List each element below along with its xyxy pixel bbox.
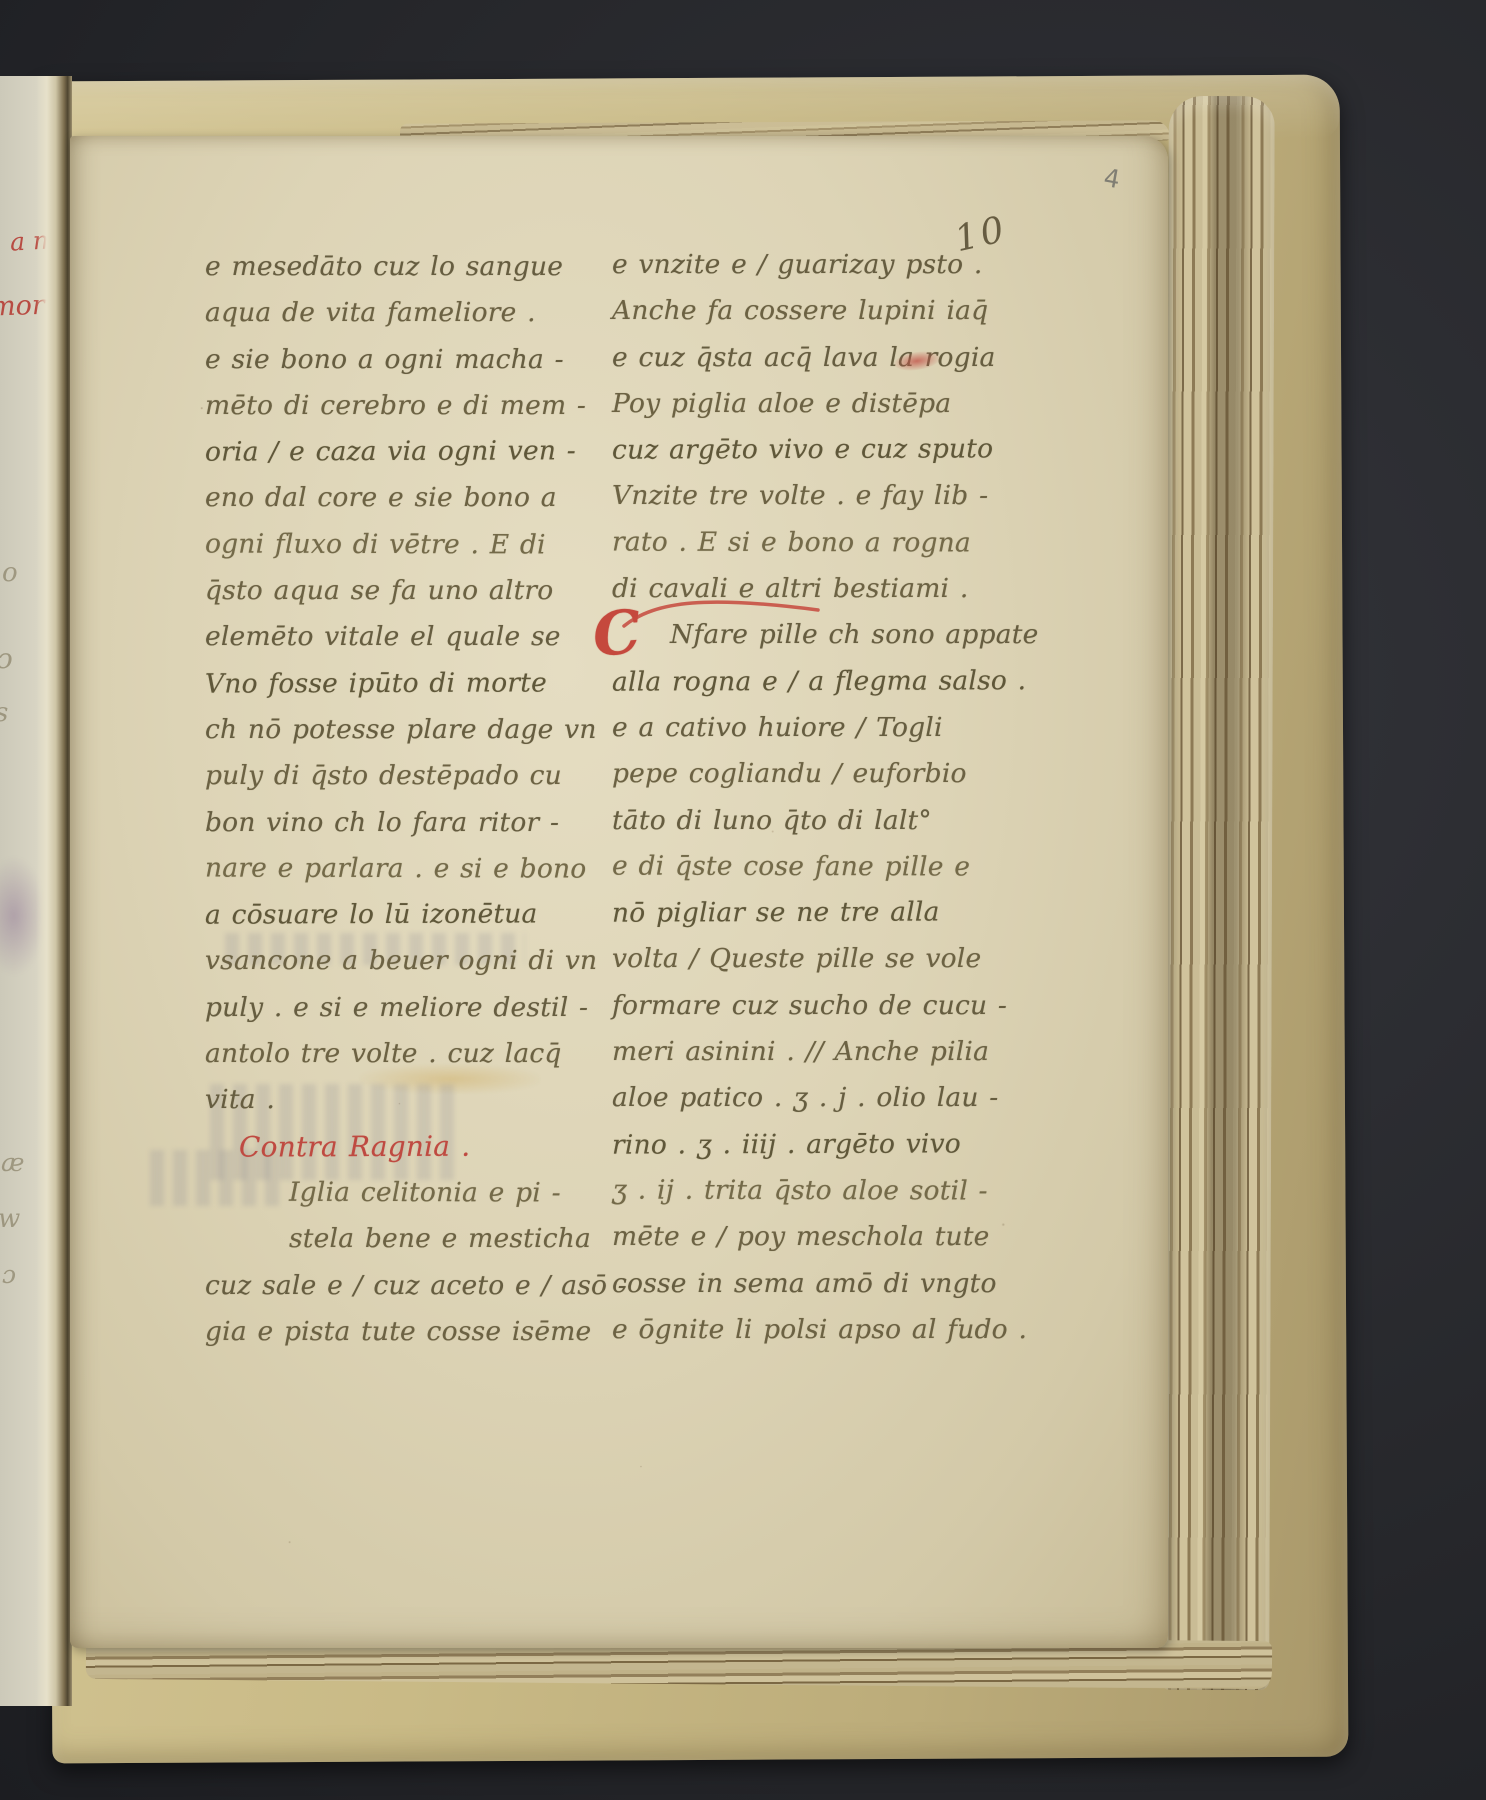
margin-text-fragment: ɔ — [2, 1260, 16, 1289]
margin-text-fragment: æ — [1, 1148, 25, 1177]
text-line: q̄sto aqua se fa uno altro — [205, 568, 545, 614]
text-line: tāto di luno q̄to di lalt° — [612, 798, 972, 844]
text-line: mēto di cerebro e di mem - — [205, 383, 545, 429]
text-line: Vnzite tre volte . e fay lib - — [612, 473, 972, 519]
initial-flourish — [618, 594, 828, 634]
text-line: alla rogna e / a flegma salso . — [612, 658, 972, 706]
text-line: rato . E si e bono a rogna — [612, 519, 972, 566]
page-edges-fore — [1163, 96, 1275, 1690]
text-line: gia e pista tute cosse isēme — [205, 1309, 545, 1355]
text-line: cuz sale e / cuz aceto e / asō - — [205, 1263, 545, 1309]
margin-text-fragment: s — [0, 698, 8, 728]
margin-text-fragment: ɔ — [0, 642, 13, 675]
manuscript-photo: a memoria .oɔsæwɔ 10 4 e mesedāto cuz lo… — [0, 0, 1486, 1800]
text-line: a cōsuare lo lū izonētua — [205, 892, 545, 939]
text-line: puly di q̄sto destēpado cu — [205, 753, 545, 799]
text-line: aloe patico . ʒ . j . olio lau - — [612, 1075, 972, 1121]
text-line: meri asinini . // Anche pilia — [612, 1029, 972, 1075]
margin-text-fragment: w — [0, 1204, 20, 1234]
text-line: e ōgnite li polsi apso al fudo . — [612, 1307, 972, 1353]
page-recto: 10 4 e mesedāto cuz lo sangueaqua de vit… — [70, 136, 1168, 1648]
left-text-column: e mesedāto cuz lo sangueaqua de vita fam… — [205, 244, 545, 1355]
text-line: e mesedāto cuz lo sangue — [205, 244, 545, 290]
text-line: ch nō potesse plare dage vn — [205, 707, 545, 753]
text-line: oria / e caza via ogni ven - — [205, 429, 545, 476]
text-line: puly . e si e meliore destil - — [205, 985, 545, 1031]
text-line: stela bene e mesticha — [205, 1216, 545, 1262]
text-line: cosse in sema amō di vngto — [612, 1261, 972, 1307]
text-line: antolo tre volte . cuz lacq̄ — [205, 1031, 545, 1077]
text-line: ogni fluxo di vētre . E di — [205, 521, 545, 568]
text-line: ʒ . ij . trita q̄sto aloe sotil - — [612, 1167, 972, 1214]
text-line: nare e parlara . e si e bono — [205, 845, 545, 892]
text-line: pepe cogliandu / euforbio — [612, 751, 972, 797]
text-line: nō pigliar se ne tre alla — [612, 890, 972, 938]
text-line: vita . — [205, 1077, 545, 1123]
text-line: cuz argēto vivo e cuz sputo — [612, 427, 972, 475]
text-line: volta / Queste pille se vole — [612, 936, 972, 982]
text-line: Anche fa cossere lupini iaq̄ — [612, 288, 972, 334]
text-line: eno dal core e sie bono a — [205, 475, 545, 521]
text-line: e a cativo huiore / Togli — [612, 705, 972, 751]
text-line: rino . ʒ . iiij . argēto vivo — [612, 1121, 972, 1169]
right-text-column: e vnzite e / guarizay psto .Anche fa cos… — [612, 242, 972, 1353]
text-line: Poy piglia aloe e distēpa — [612, 381, 972, 427]
text-line: Iglia celitonia e pi - — [205, 1169, 545, 1216]
text-line: bon vino ch lo fara ritor - — [205, 800, 545, 846]
text-line: Vno fosse ipūto di morte — [205, 660, 545, 707]
text-line: formare cuz sucho de cucu - — [612, 983, 972, 1029]
pencil-foliation: 4 — [1102, 163, 1123, 194]
text-line: e sie bono a ogni macha - — [205, 337, 545, 383]
text-line: elemēto vitale el quale se — [205, 614, 545, 660]
text-line: e di q̄ste cose fane pille e — [612, 843, 972, 890]
text-line: mēte e / poy meschola tute — [612, 1214, 972, 1260]
rubric-line: Contra Ragnia . — [205, 1123, 545, 1170]
text-line: aqua de vita fameliore . — [205, 290, 545, 336]
gutter-fold — [36, 76, 72, 1706]
margin-text-fragment: o — [2, 558, 18, 588]
text-line: vsancone a beuer ogni di vn — [205, 938, 545, 984]
text-line: e vnzite e / guarizay psto . — [612, 242, 972, 288]
